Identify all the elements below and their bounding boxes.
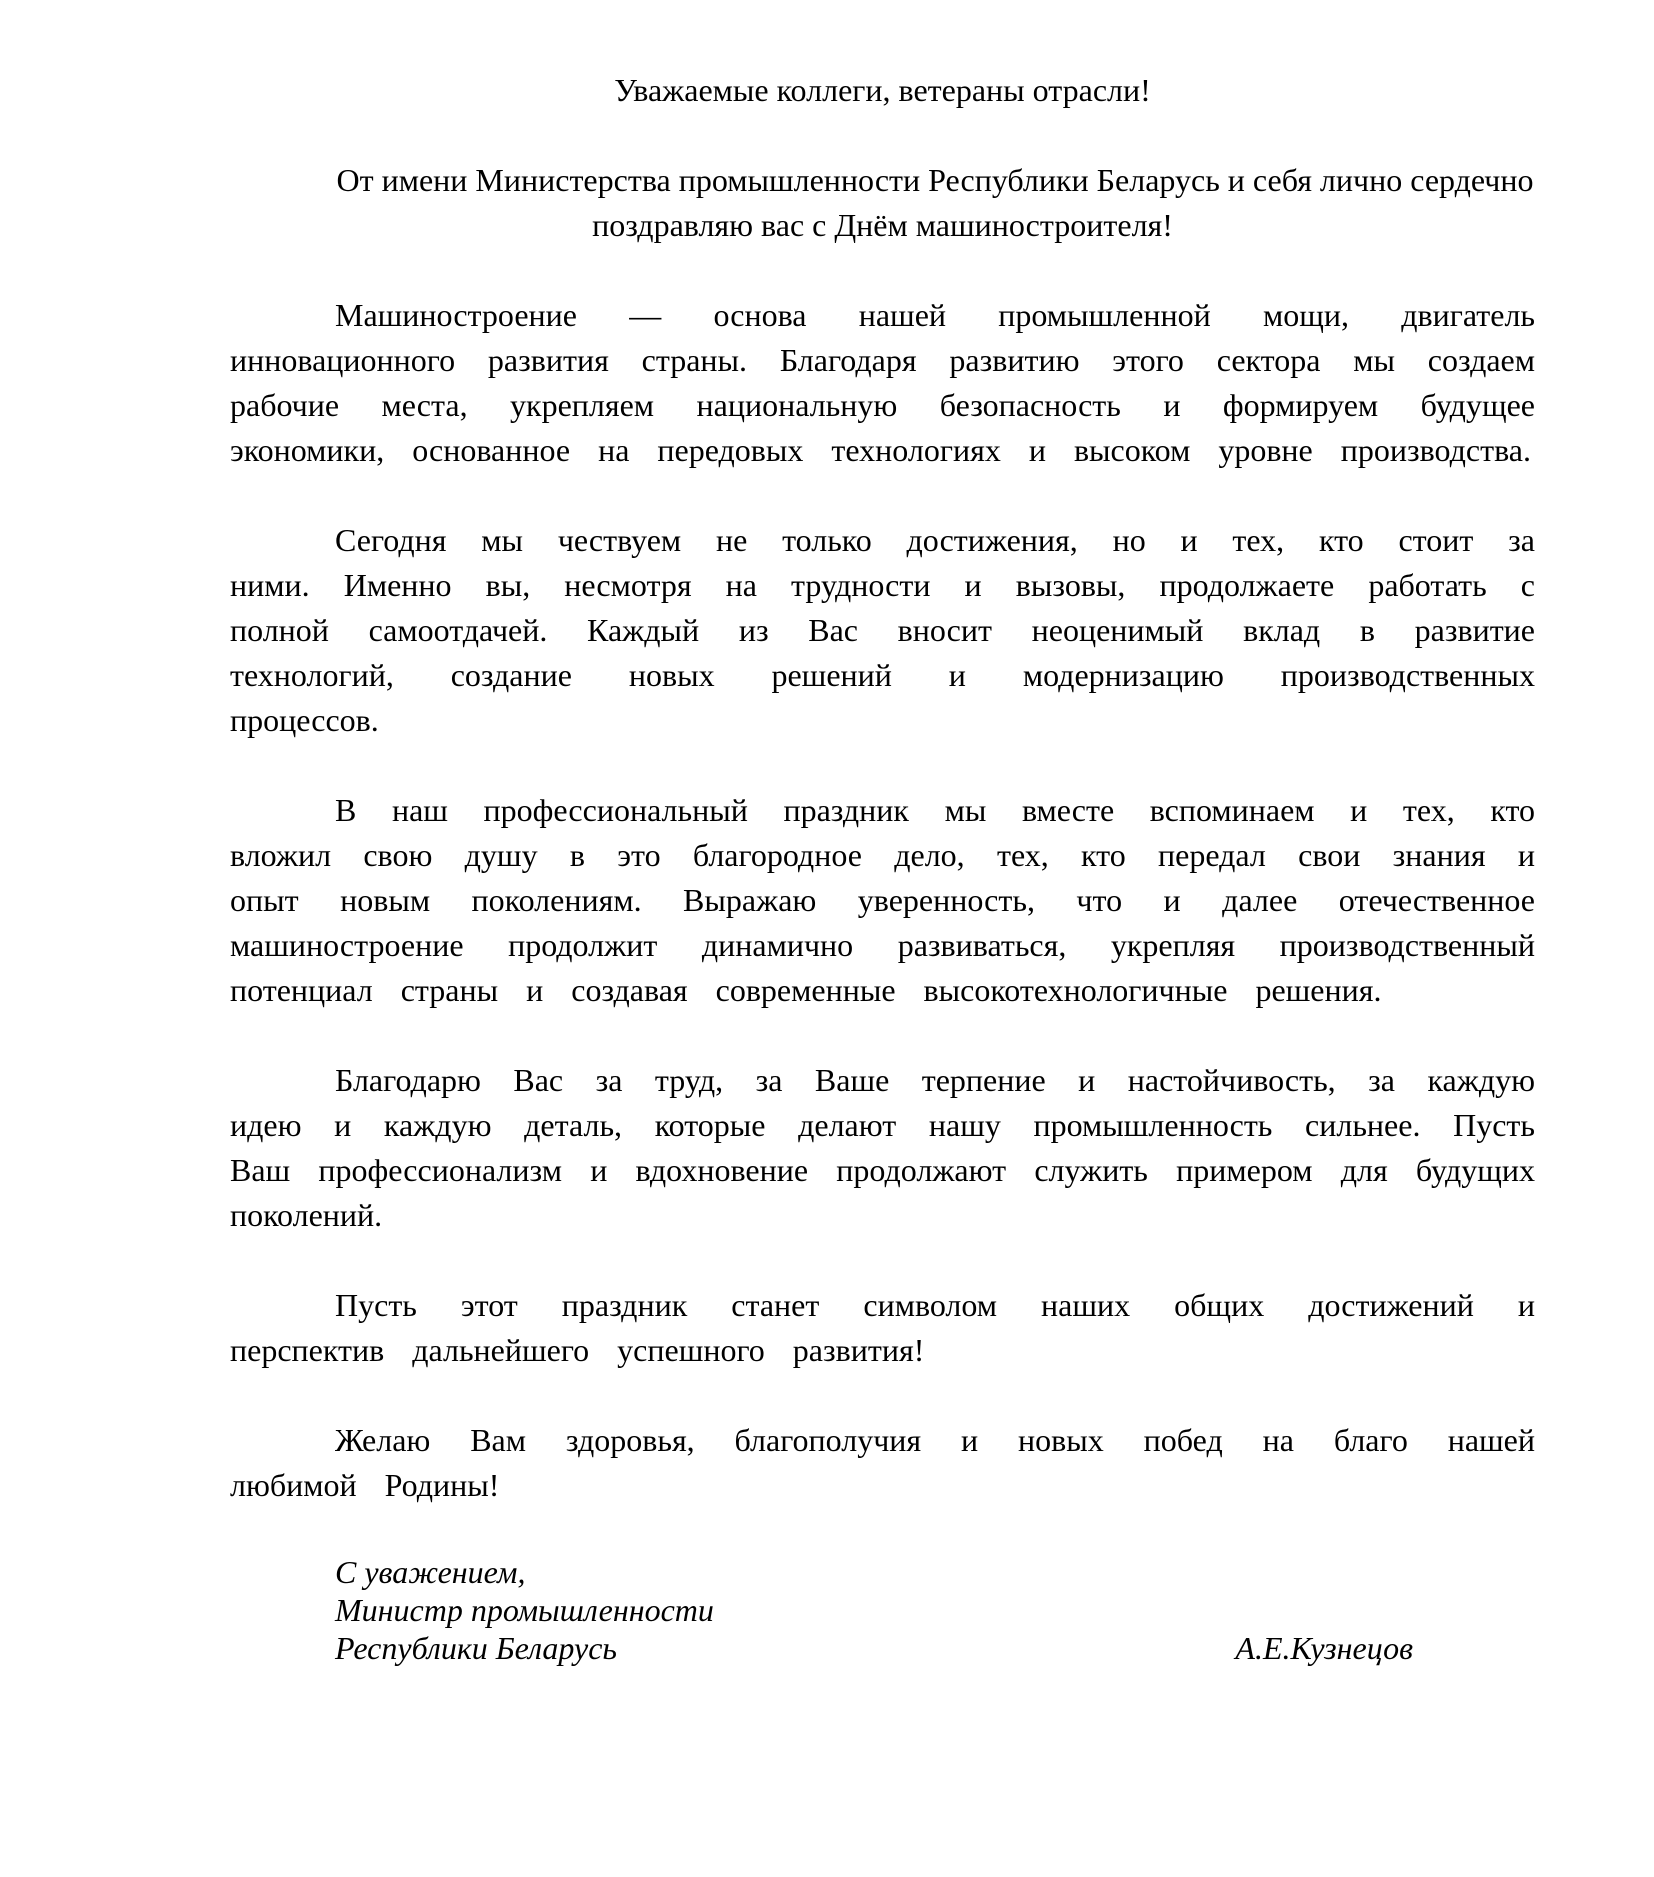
body-paragraph-6: Желаю Вам здоровья, благополучия и новых… <box>230 1418 1535 1508</box>
greeting-paragraph: От имени Министерства промышленности Рес… <box>230 158 1535 248</box>
signature-last-row: Республики Беларусь А.Е.Кузнецов <box>335 1629 1535 1667</box>
signature-salutation: С уважением, <box>335 1553 1535 1591</box>
body-paragraph-1: Машиностроение — основа нашей промышленн… <box>230 293 1535 473</box>
body-paragraph-2: Сегодня мы чествуем не только достижения… <box>230 518 1535 743</box>
signature-block: С уважением, Министр промышленности Респ… <box>335 1553 1535 1667</box>
signature-position-line1: Министр промышленности <box>335 1591 1535 1629</box>
signature-name: А.Е.Кузнецов <box>1235 1629 1413 1667</box>
letter-page: Уважаемые коллеги, ветераны отрасли! От … <box>0 0 1654 1877</box>
signature-position-line2: Республики Беларусь <box>335 1629 617 1667</box>
body-paragraph-4: Благодарю Вас за труд, за Ваше терпение … <box>230 1058 1535 1238</box>
letter-body: Уважаемые коллеги, ветераны отрасли! От … <box>230 68 1535 1667</box>
letter-title: Уважаемые коллеги, ветераны отрасли! <box>230 68 1535 113</box>
body-paragraph-3: В наш профессиональный праздник мы вмест… <box>230 788 1535 1013</box>
body-paragraph-5: Пусть этот праздник станет символом наши… <box>230 1283 1535 1373</box>
